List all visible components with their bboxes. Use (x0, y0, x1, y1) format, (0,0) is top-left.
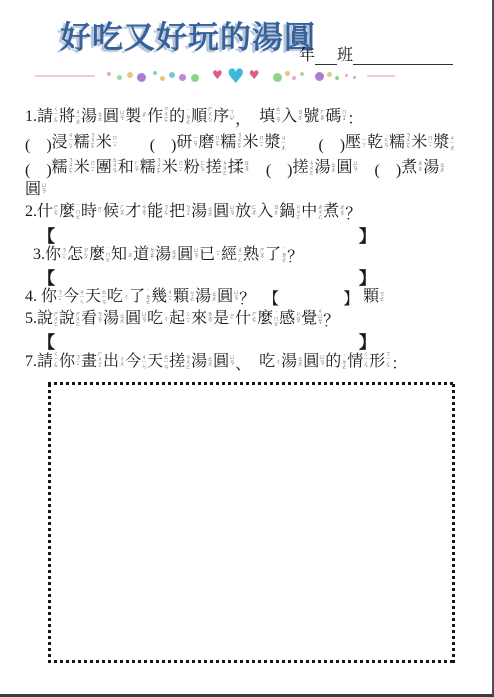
zhuyin-annotation: ㄖㄡˊ (244, 161, 250, 176)
question-1-options-row-2: ( )糯ㄋㄨㄛˋ米ㄇㄧˇ團ㄊㄨㄢˊ和ㄏㄢˋ糯ㄋㄨㄛˋ米ㄇㄧˇ粉ㄈㄣˇ搓ㄘㄨㄛ揉ㄖ… (25, 156, 475, 180)
divider-dot (153, 71, 157, 75)
zhuyin-annotation: ㄩㄢˊ (353, 161, 359, 176)
zhuyin-annotation: ˙ㄌㄜ (281, 248, 287, 263)
decorative-divider: ♥♥♥ (35, 66, 465, 86)
question-5-answer-space: 【 】 (25, 330, 475, 350)
divider-dot (117, 75, 122, 80)
divider-dot (137, 73, 146, 82)
divider-dot (127, 72, 133, 78)
divider-dot (285, 71, 290, 76)
zhuyin-annotation: ㄩㄢˊ (41, 183, 47, 198)
divider-dot (315, 72, 324, 81)
zhuyin-annotation: ㄩㄢˊ (229, 355, 235, 370)
divider-dot (107, 72, 111, 76)
question-1-text: 1.請ㄑㄧㄥˇ將ㄐㄧㄤ湯ㄊㄤ圓ㄩㄢˊ製ㄓˋ作ㄗㄨㄛˋ的˙ㄉㄜ順ㄕㄨㄣˋ序ㄒㄩˋ，… (25, 104, 475, 130)
divider-dot (353, 76, 356, 79)
worksheet-page: 好吃又好玩的湯圓 年班 ♥♥♥ 1.請ㄑㄧㄥˇ將ㄐㄧㄤ湯ㄊㄤ圓ㄩㄢˊ製ㄓˋ作ㄗㄨ… (0, 0, 494, 697)
divider-dot (160, 76, 165, 81)
class-blank (353, 50, 453, 65)
divider-dot (273, 73, 282, 82)
divider-dot (179, 74, 186, 81)
divider-line (35, 75, 95, 77)
year-label: 年 (299, 47, 315, 64)
divider-dot (327, 72, 332, 77)
drawing-box (48, 382, 455, 663)
class-label: 班 (337, 47, 353, 64)
question-7-text: 7.請ㄑㄧㄥˇ你ㄋㄧˇ畫ㄏㄨㄚˋ出ㄔㄨ今ㄐㄧㄣ天ㄊㄧㄢ搓ㄘㄨㄛ湯ㄊㄤ圓ㄩㄢˊ、 … (25, 350, 475, 374)
question-1-options-row-1: ( )浸ㄐㄧㄣˋ糯ㄋㄨㄛˋ米ㄇㄧˇ ( )研ㄧㄢˊ磨ㄇㄛˊ糯ㄋㄨㄛˋ米ㄇㄧˇ漿ㄐ… (25, 130, 475, 156)
zhuyin-annotation: ㄓㄨˇ (339, 205, 345, 220)
answer-bracket-close: 】 (359, 222, 376, 247)
divider-dot (345, 74, 348, 77)
divider-dot (335, 76, 339, 80)
answer-bracket-close: 】 (359, 328, 376, 353)
question-4-text: 4. 你ㄋㄧˇ今ㄐㄧㄣ天ㄊㄧㄢ吃ㄔ了˙ㄌㄜ幾ㄐㄧˇ顆ㄎㄜ湯ㄊㄤ圓ㄩㄢˊ？ 【 】… (25, 286, 475, 308)
question-3-answer-space: 【 】 (25, 266, 475, 286)
answer-bracket-open: 【 (38, 222, 55, 247)
heart-icon: ♥ (249, 69, 260, 81)
zhuyin-annotation: ㄇㄚˇ (341, 110, 347, 125)
year-class-line: 年班 (299, 42, 453, 65)
zhuyin-annotation: ㄐㄧㄤ (449, 136, 455, 151)
question-2-answer-space: 【 】 (25, 224, 475, 244)
heart-icon: ♥ (227, 66, 245, 86)
zhuyin-annotation: ㄐㄩㄝˊ (317, 309, 323, 329)
answer-bracket-open: 【 (38, 328, 55, 353)
divider-dot (191, 74, 199, 82)
zhuyin-annotation: ㄒㄩˋ (229, 110, 235, 125)
divider-dot (300, 72, 304, 76)
question-1-options-wrap: 圓ㄩㄢˊ (25, 180, 475, 200)
divider-dot (292, 76, 296, 80)
divider-line (367, 75, 395, 77)
zhuyin-annotation: ㄊㄤ (439, 163, 445, 173)
zhuyin-annotation: ㄒㄧㄥˊ (385, 352, 391, 372)
answer-bracket-open: 【 (38, 264, 55, 289)
zhuyin-annotation: ㄎㄜ (379, 292, 385, 302)
zhuyin-annotation: ㄐㄧㄤ (280, 136, 286, 151)
zhuyin-annotation: ㄇㄧˇ (112, 136, 118, 151)
year-blank (315, 50, 337, 65)
zhuyin-annotation: ㄩㄢˊ (233, 290, 239, 305)
divider-dot (169, 72, 175, 78)
page-title: 好吃又好玩的湯圓 (60, 12, 316, 57)
heart-icon: ♥ (212, 69, 223, 81)
questions-area: 1.請ㄑㄧㄥˇ將ㄐㄧㄤ湯ㄊㄤ圓ㄩㄢˊ製ㄓˋ作ㄗㄨㄛˋ的˙ㄉㄜ順ㄕㄨㄣˋ序ㄒㄩˋ，… (25, 104, 475, 374)
question-2-text: 2.什ㄕㄜˊ麼˙ㄇㄜ時ㄕˊ候ㄏㄡˋ才ㄘㄞˊ能ㄋㄥˊ把ㄅㄚˇ湯ㄊㄤ圓ㄩㄢˊ放ㄈㄤˋ… (25, 200, 475, 224)
